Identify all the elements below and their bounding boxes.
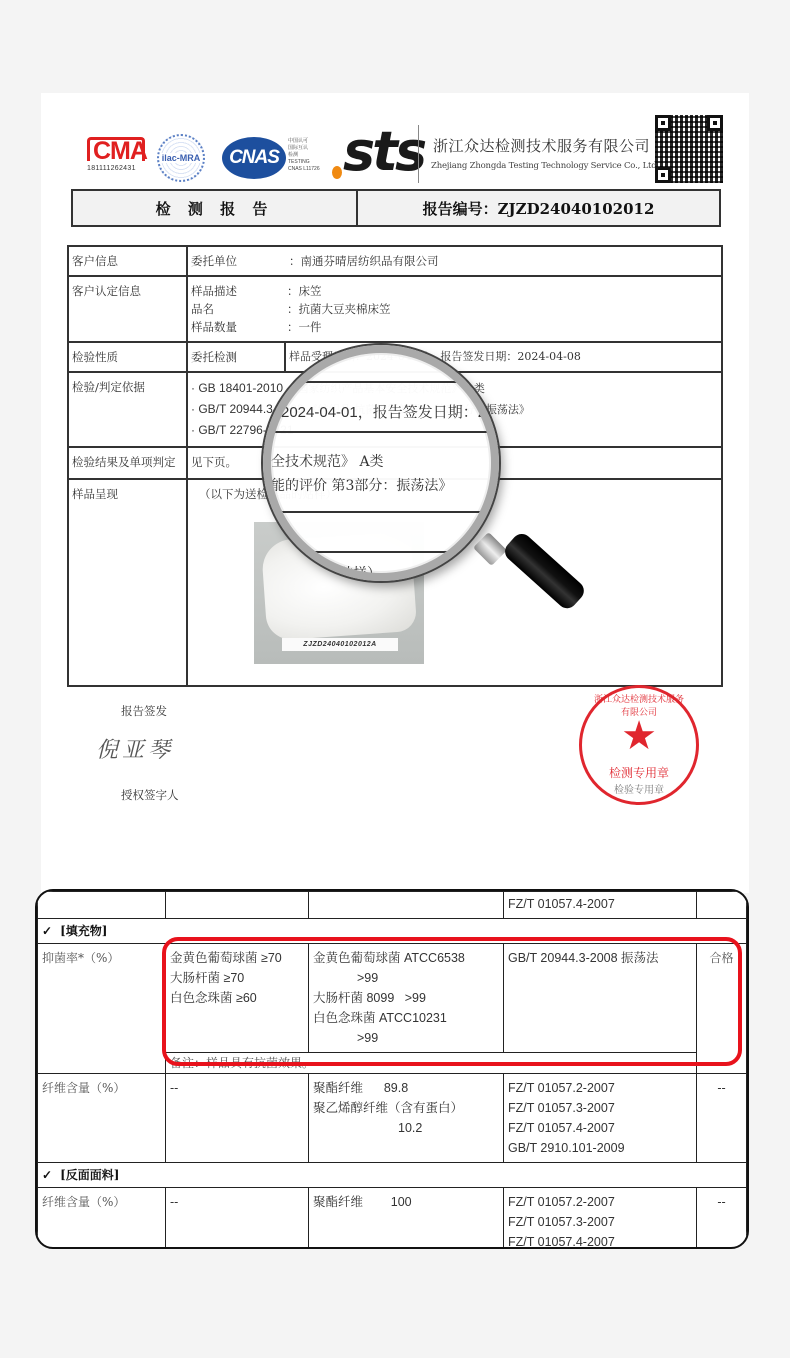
results-table: FZ/T 01057.4-2007 ✓[填充物] 抑菌率*（%） 金黄色葡萄球菌… [37,891,747,1249]
sts-dot-icon [332,166,342,179]
ilac-mra-logo: ilac-MRA [157,134,205,182]
report-title-bar: 检 测 报 告 报告编号：ZJZD24040102012 [71,189,721,227]
table-row: 抑菌率*（%） 金黄色葡萄球菌 ≥70 大肠杆菌 ≥70 白色念珠菌 ≥60 金… [38,944,747,1053]
cnas-logo: CNAS [222,137,286,179]
report-number: 报告编号：ZJZD24040102012 [358,191,719,225]
table-row: FZ/T 01057.4-2007 [38,892,747,919]
header-logos: CMA 181111262431 ilac-MRA CNAS 中国认可 国际互认… [41,93,749,193]
issued-label: 报告签发 [121,703,167,719]
results-zoom-card: FZ/T 01057.4-2007 ✓[填充物] 抑菌率*（%） 金黄色葡萄球菌… [35,889,749,1249]
verdict: 合格 [697,944,747,1074]
table-row: 纤维含量（%） -- 聚酯纤维 89.8 聚乙烯醇纤维（含有蛋白） 10.2 F… [38,1074,747,1163]
signer-label: 授权签字人 [121,787,179,803]
report-page: CMA 181111262431 ilac-MRA CNAS 中国认可 国际互认… [41,93,749,893]
section-header-back-fabric: ✓[反面面料] [38,1163,747,1188]
cma-number: 181111262431 [87,165,145,172]
official-seal: 浙江众达检测技术服务有限公司 ★ 检测专用章 检验专用章 [579,685,699,805]
client-confirmed-row: 客户认定信息 样品描述：床笠 品名：抗菌大豆夹棉床笠 样品数量：一件 [68,276,722,342]
company-name-cn: 浙江众达检测技术服务有限公司 [433,135,650,156]
client-name: ：南通芬晴居纺织品有限公司 [289,254,439,268]
qr-code-icon [655,115,723,183]
sts-logo: sts [343,121,424,183]
star-icon: ★ [582,716,696,756]
table-row: 纤维含量（%） -- 聚酯纤维 100 FZ/T 01057.2-2007 FZ… [38,1188,747,1250]
report-title: 检 测 报 告 [73,191,358,225]
company-name-en: Zhejiang Zhongda Testing Technology Serv… [431,161,656,171]
check-icon: ✓ [42,924,52,938]
signature: 倪亚琴 [96,733,174,764]
magnifier-glass-icon: 2024-04-01，报告签发日期：2 全技术规范》 A类 能的评价 第3部分：… [263,345,499,581]
cma-logo: CMA 181111262431 [87,137,145,172]
check-icon: ✓ [42,1168,52,1182]
section-header-filling: ✓[填充物] [38,919,747,944]
divider [418,125,419,183]
cnas-accreditation-text: 中国认可 国际互认 检测 TESTING CNAS L11726 [288,138,320,173]
client-info-row: 客户信息 委托单位：南通芬晴居纺织品有限公司 [68,246,722,276]
sample-tag: ZJZD24040102012A [282,638,398,651]
